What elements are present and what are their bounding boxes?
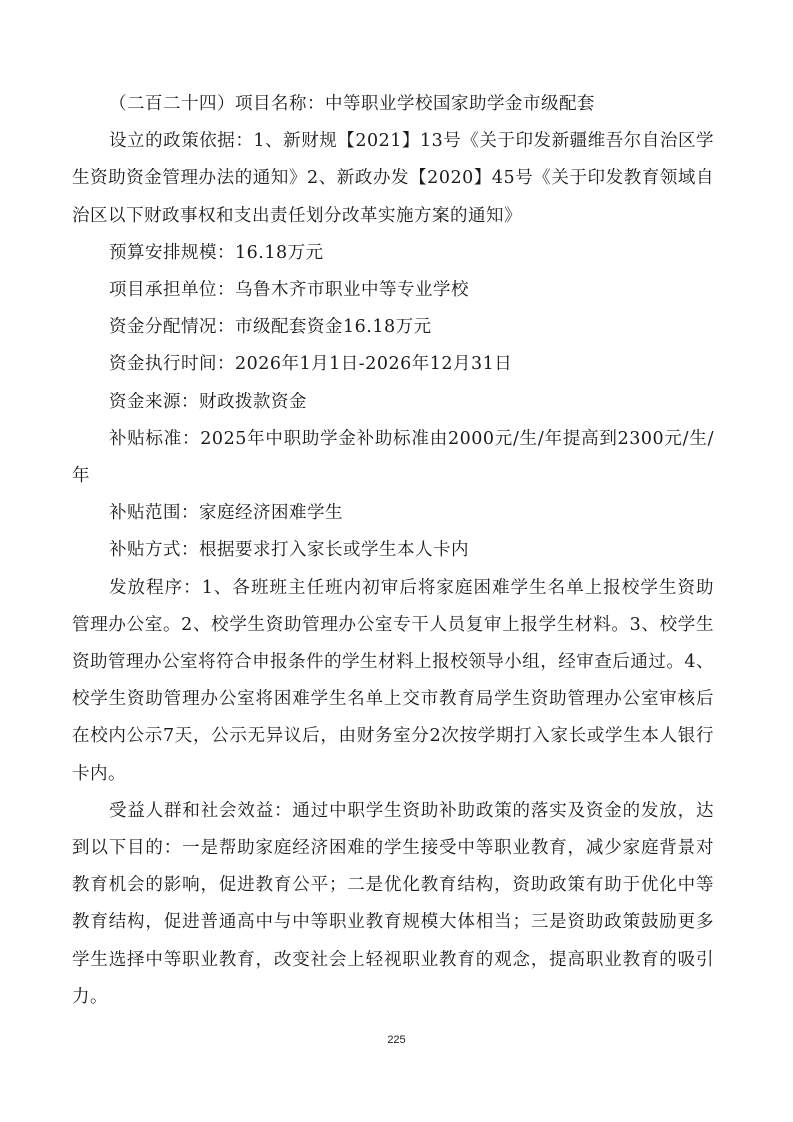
subsidy-method: 补贴方式：根据要求打入家长或学生本人卡内 bbox=[72, 532, 714, 569]
subsidy-standard: 补贴标准：2025年中职助学金补助标准由2000元/生/年提高到2300元/生/… bbox=[72, 421, 714, 495]
page-number: 225 bbox=[0, 1034, 793, 1046]
subsidy-scope: 补贴范围：家庭经济困难学生 bbox=[72, 495, 714, 532]
project-title: （二百二十四）项目名称：中等职业学校国家助学金市级配套 bbox=[72, 86, 714, 123]
policy-basis: 设立的政策依据：1、新财规【2021】13号《关于印发新疆维吾尔自治区学生资助资… bbox=[72, 123, 714, 235]
responsible-unit: 项目承担单位：乌鲁木齐市职业中等专业学校 bbox=[72, 272, 714, 309]
distribution-procedure: 发放程序：1、各班班主任班内初审后将家庭困难学生名单上报校学生资助管理办公室。2… bbox=[72, 570, 714, 793]
document-body: （二百二十四）项目名称：中等职业学校国家助学金市级配套 设立的政策依据：1、新财… bbox=[72, 86, 714, 1016]
fund-allocation: 资金分配情况：市级配套资金16.18万元 bbox=[72, 309, 714, 346]
execution-period: 资金执行时间：2026年1月1日-2026年12月31日 bbox=[72, 346, 714, 383]
beneficiaries-and-social-benefits: 受益人群和社会效益：通过中职学生资助补助政策的落实及资金的发放，达到以下目的：一… bbox=[72, 793, 714, 1016]
fund-source: 资金来源：财政拨款资金 bbox=[72, 384, 714, 421]
budget-scale: 预算安排规模：16.18万元 bbox=[72, 235, 714, 272]
